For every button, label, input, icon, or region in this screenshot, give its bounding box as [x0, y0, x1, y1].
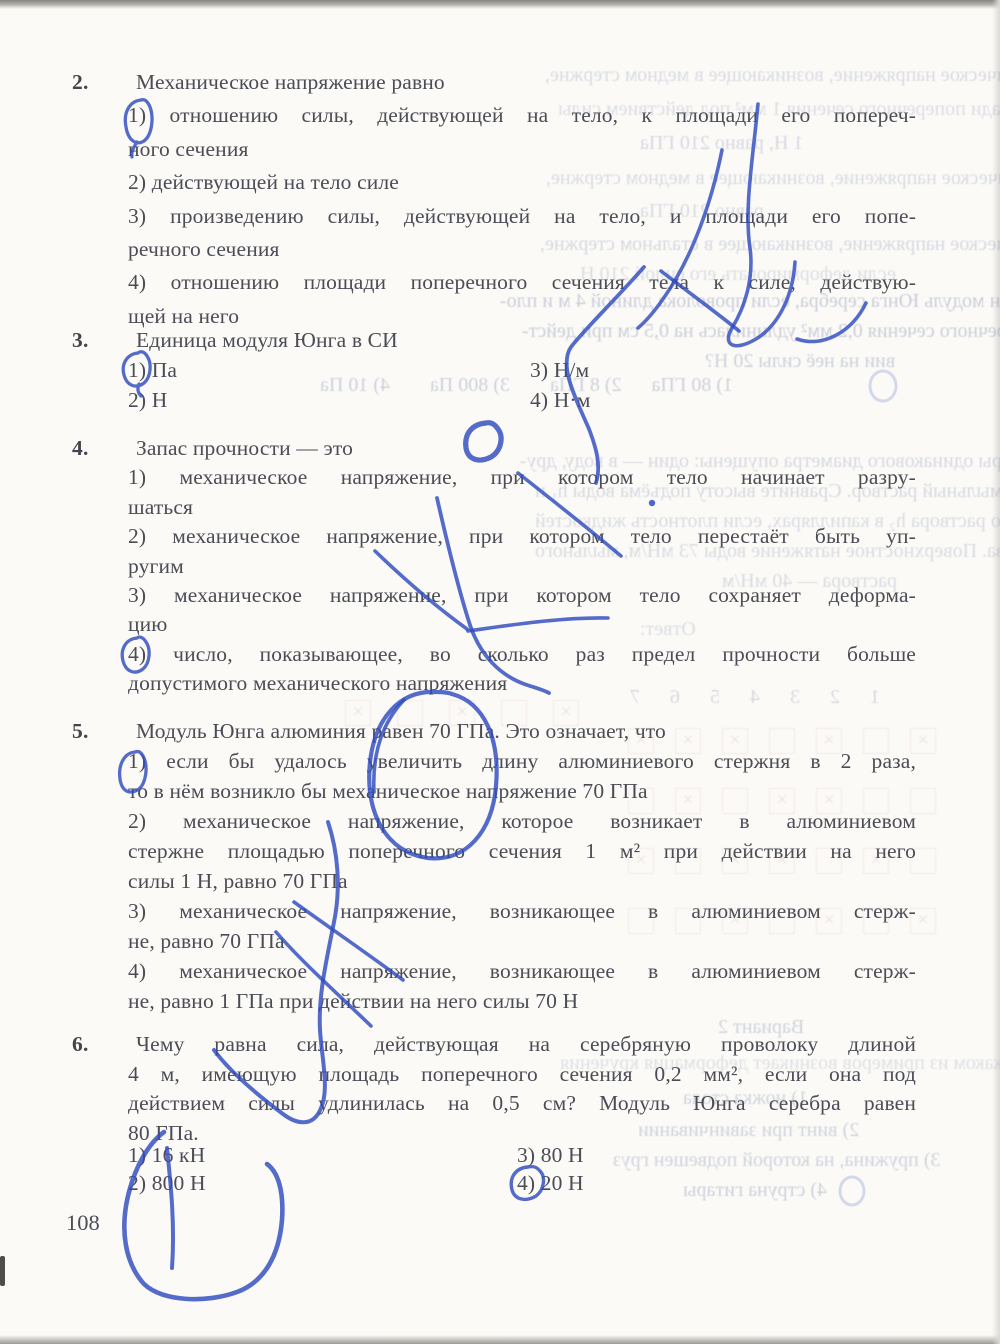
scan-edge-artifact: [0, 1256, 5, 1286]
answer-option: 2) механическое напряжение, которое возн…: [128, 806, 916, 836]
answer-option-row: 2) Н4) Н·м: [128, 386, 916, 416]
question-number: 5.: [72, 716, 124, 746]
question-title: Единица модуля Юнга в СИ: [128, 326, 916, 356]
option-continuation: речного сечения: [128, 233, 916, 266]
answer-option: 1) Па: [128, 356, 177, 386]
answer-option: 4) отношению площади поперечного сечения…: [128, 266, 916, 299]
answer-option: 1) если бы удалось увеличить длину алюми…: [128, 746, 916, 776]
option-continuation: действием силы удлинилась на 0,5 см? Мод…: [128, 1089, 916, 1119]
option-continuation: допустимого механического напряжения: [128, 669, 916, 698]
answer-option: 3) 80 Н: [517, 1141, 584, 1171]
answer-option: 4) число, показывающее, во сколько раз п…: [128, 640, 916, 669]
question-title: Чему равна сила, действующая на серебрян…: [128, 1030, 916, 1060]
answer-option: 2) действующей на тело силе: [128, 166, 916, 199]
question-title: Механическое напряжение равно: [128, 66, 916, 99]
workbook-page-scan: 2) механическое напряжение, возникающее …: [0, 0, 1000, 1344]
answer-option-row: 2) 800 Н4) 20 Н: [128, 1169, 916, 1199]
answer-option: 4) механическое напряжение, возникающее …: [128, 956, 916, 986]
answer-option: 2) 800 Н: [128, 1169, 206, 1199]
page-number: 108: [66, 1210, 100, 1236]
option-continuation: ного сечения: [128, 133, 916, 166]
scan-edge-top: [0, 0, 1000, 9]
answer-option: 3) механическое напряжение, возникающее …: [128, 896, 916, 926]
answer-option: 1) 16 кН: [128, 1141, 205, 1171]
answer-option: 4) 20 Н: [517, 1169, 584, 1199]
question-title: Модуль Юнга алюминия равен 70 ГПа. Это о…: [128, 716, 916, 746]
answer-option-row: 1) Па3) Н/м: [128, 356, 916, 386]
answer-option: 3) Н/м: [530, 356, 589, 386]
question-number: 3.: [72, 326, 124, 356]
option-continuation: шаться: [128, 493, 916, 522]
answer-option: 2) Н: [128, 386, 167, 416]
option-continuation: ругим: [128, 552, 916, 581]
answer-option: 4) Н·м: [530, 386, 590, 416]
question-number: 6.: [72, 1030, 124, 1060]
option-continuation: не, равно 1 ГПа при действии на него сил…: [128, 986, 916, 1016]
answer-option: 1) механическое напряжение, при котором …: [128, 463, 916, 492]
option-continuation: стержне площадью поперечного сечения 1 м…: [128, 836, 916, 866]
scan-edge-right: [992, 0, 1000, 1344]
option-continuation: то в нём возникло бы механическое напряж…: [128, 776, 916, 806]
answer-option-row: 1) 16 кН3) 80 Н: [128, 1141, 916, 1171]
question-number: 2.: [72, 66, 124, 99]
question-title: Запас прочности — это: [128, 434, 916, 463]
answer-option: 1) отношению силы, действующей на тело, …: [128, 99, 916, 132]
answer-option: 3) механическое напряжение, при котором …: [128, 581, 916, 610]
question-number: 4.: [72, 434, 124, 463]
option-continuation: цию: [128, 610, 916, 639]
option-continuation: силы 1 Н, равно 70 ГПа: [128, 866, 916, 896]
scan-edge-bottom: [0, 1335, 1000, 1344]
option-continuation: 4 м, имеющую площадь поперечного сечения…: [128, 1060, 916, 1090]
option-continuation: не, равно 70 ГПа: [128, 926, 916, 956]
answer-option: 2) механическое напряжение, при котором …: [128, 522, 916, 551]
answer-option: 3) произведению силы, действующей на тел…: [128, 200, 916, 233]
